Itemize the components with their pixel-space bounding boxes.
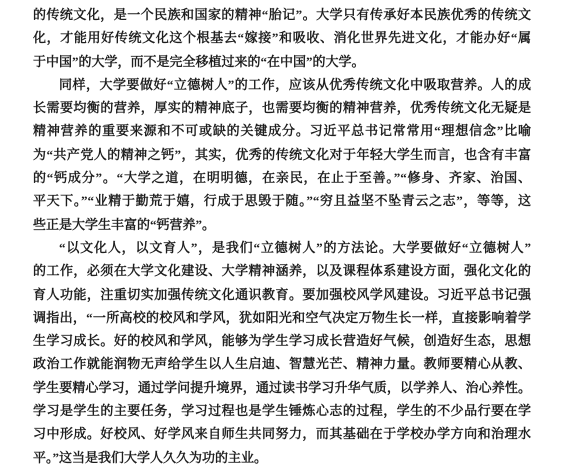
text-line: 些正是大学生丰富的“钙营养”。 <box>33 213 531 236</box>
text-line: 为“共产党人的精神之钙”，其实，优秀的传统文化对于年轻大学生而言，也含有丰富 <box>33 143 531 166</box>
text-line: 调指出，“一所高校的校风和学风，犹如阳光和空气决定万物生长一样，直接影响着学 <box>33 306 531 329</box>
text-line: 平天下。”“业精于勤荒于嬉，行成于思毁于随。”“穷且益坚不坠青云之志”，等等，这 <box>33 189 531 212</box>
text-line: 学习是学生的主要任务，学习过程也是学生锤炼心志的过程，学生的不少品行要在学 <box>33 399 531 422</box>
text-line: 生学习成长。好的校风和学风，能够为学生学习成长营造好气候，创造好生态，思想 <box>33 329 531 352</box>
text-line: 政治工作就能润物无声给学生以人生启迪、智慧光芒、精神力量。教师要精心从教、 <box>33 352 531 375</box>
text-line: 学生要精心学习，通过学问提升境界，通过读书学习升华气质，以学养人、治心养性。 <box>33 376 531 399</box>
text-line: 长需要均衡的营养，厚实的精神底子，也需要均衡的精神营养，优秀传统文化无疑是 <box>33 96 531 119</box>
text-line: 化，才能用好传统文化这个根基去“嫁接”和吸收、消化世界先进文化，才能办好“属 <box>33 26 531 49</box>
text-line: 的工作，必须在大学文化建设、大学精神涵养，以及课程体系建设方面，强化文化的 <box>33 259 531 282</box>
text-line: 育人功能，注重切实加强传统文化通识教育。要加强校风学风建设。习近平总书记强 <box>33 283 531 306</box>
text-line: 的传统文化，是一个民族和国家的精神“胎记”。大学只有传承好本民族优秀的传统文 <box>33 3 531 26</box>
text-line: 于中国”的大学，而不是完全移植过来的“在中国”的大学。 <box>33 50 531 73</box>
text-line: 平。”这当是我们大学人久久为功的主业。 <box>33 446 531 469</box>
document-page: 的传统文化，是一个民族和国家的精神“胎记”。大学只有传承好本民族优秀的传统文 化… <box>0 0 563 470</box>
text-line: 同样，大学要做好“立德树人”的工作，应该从优秀传统文化中吸取营养。人的成 <box>33 73 531 96</box>
text-line: 习中形成。好校风、好学风来自师生共同努力，而其基础在于学校办学方向和治理水 <box>33 422 531 445</box>
text-line: 的“钙成分”。“大学之道，在明明德，在亲民，在止于至善。”“修身、齐家、治国、 <box>33 166 531 189</box>
text-line: “以文化人，以文育人”，是我们“立德树人”的方法论。大学要做好“立德树人” <box>33 236 531 259</box>
text-line: 精神营养的重要来源和不可或缺的关键成分。习近平总书记常常用“理想信念”比喻 <box>33 119 531 142</box>
